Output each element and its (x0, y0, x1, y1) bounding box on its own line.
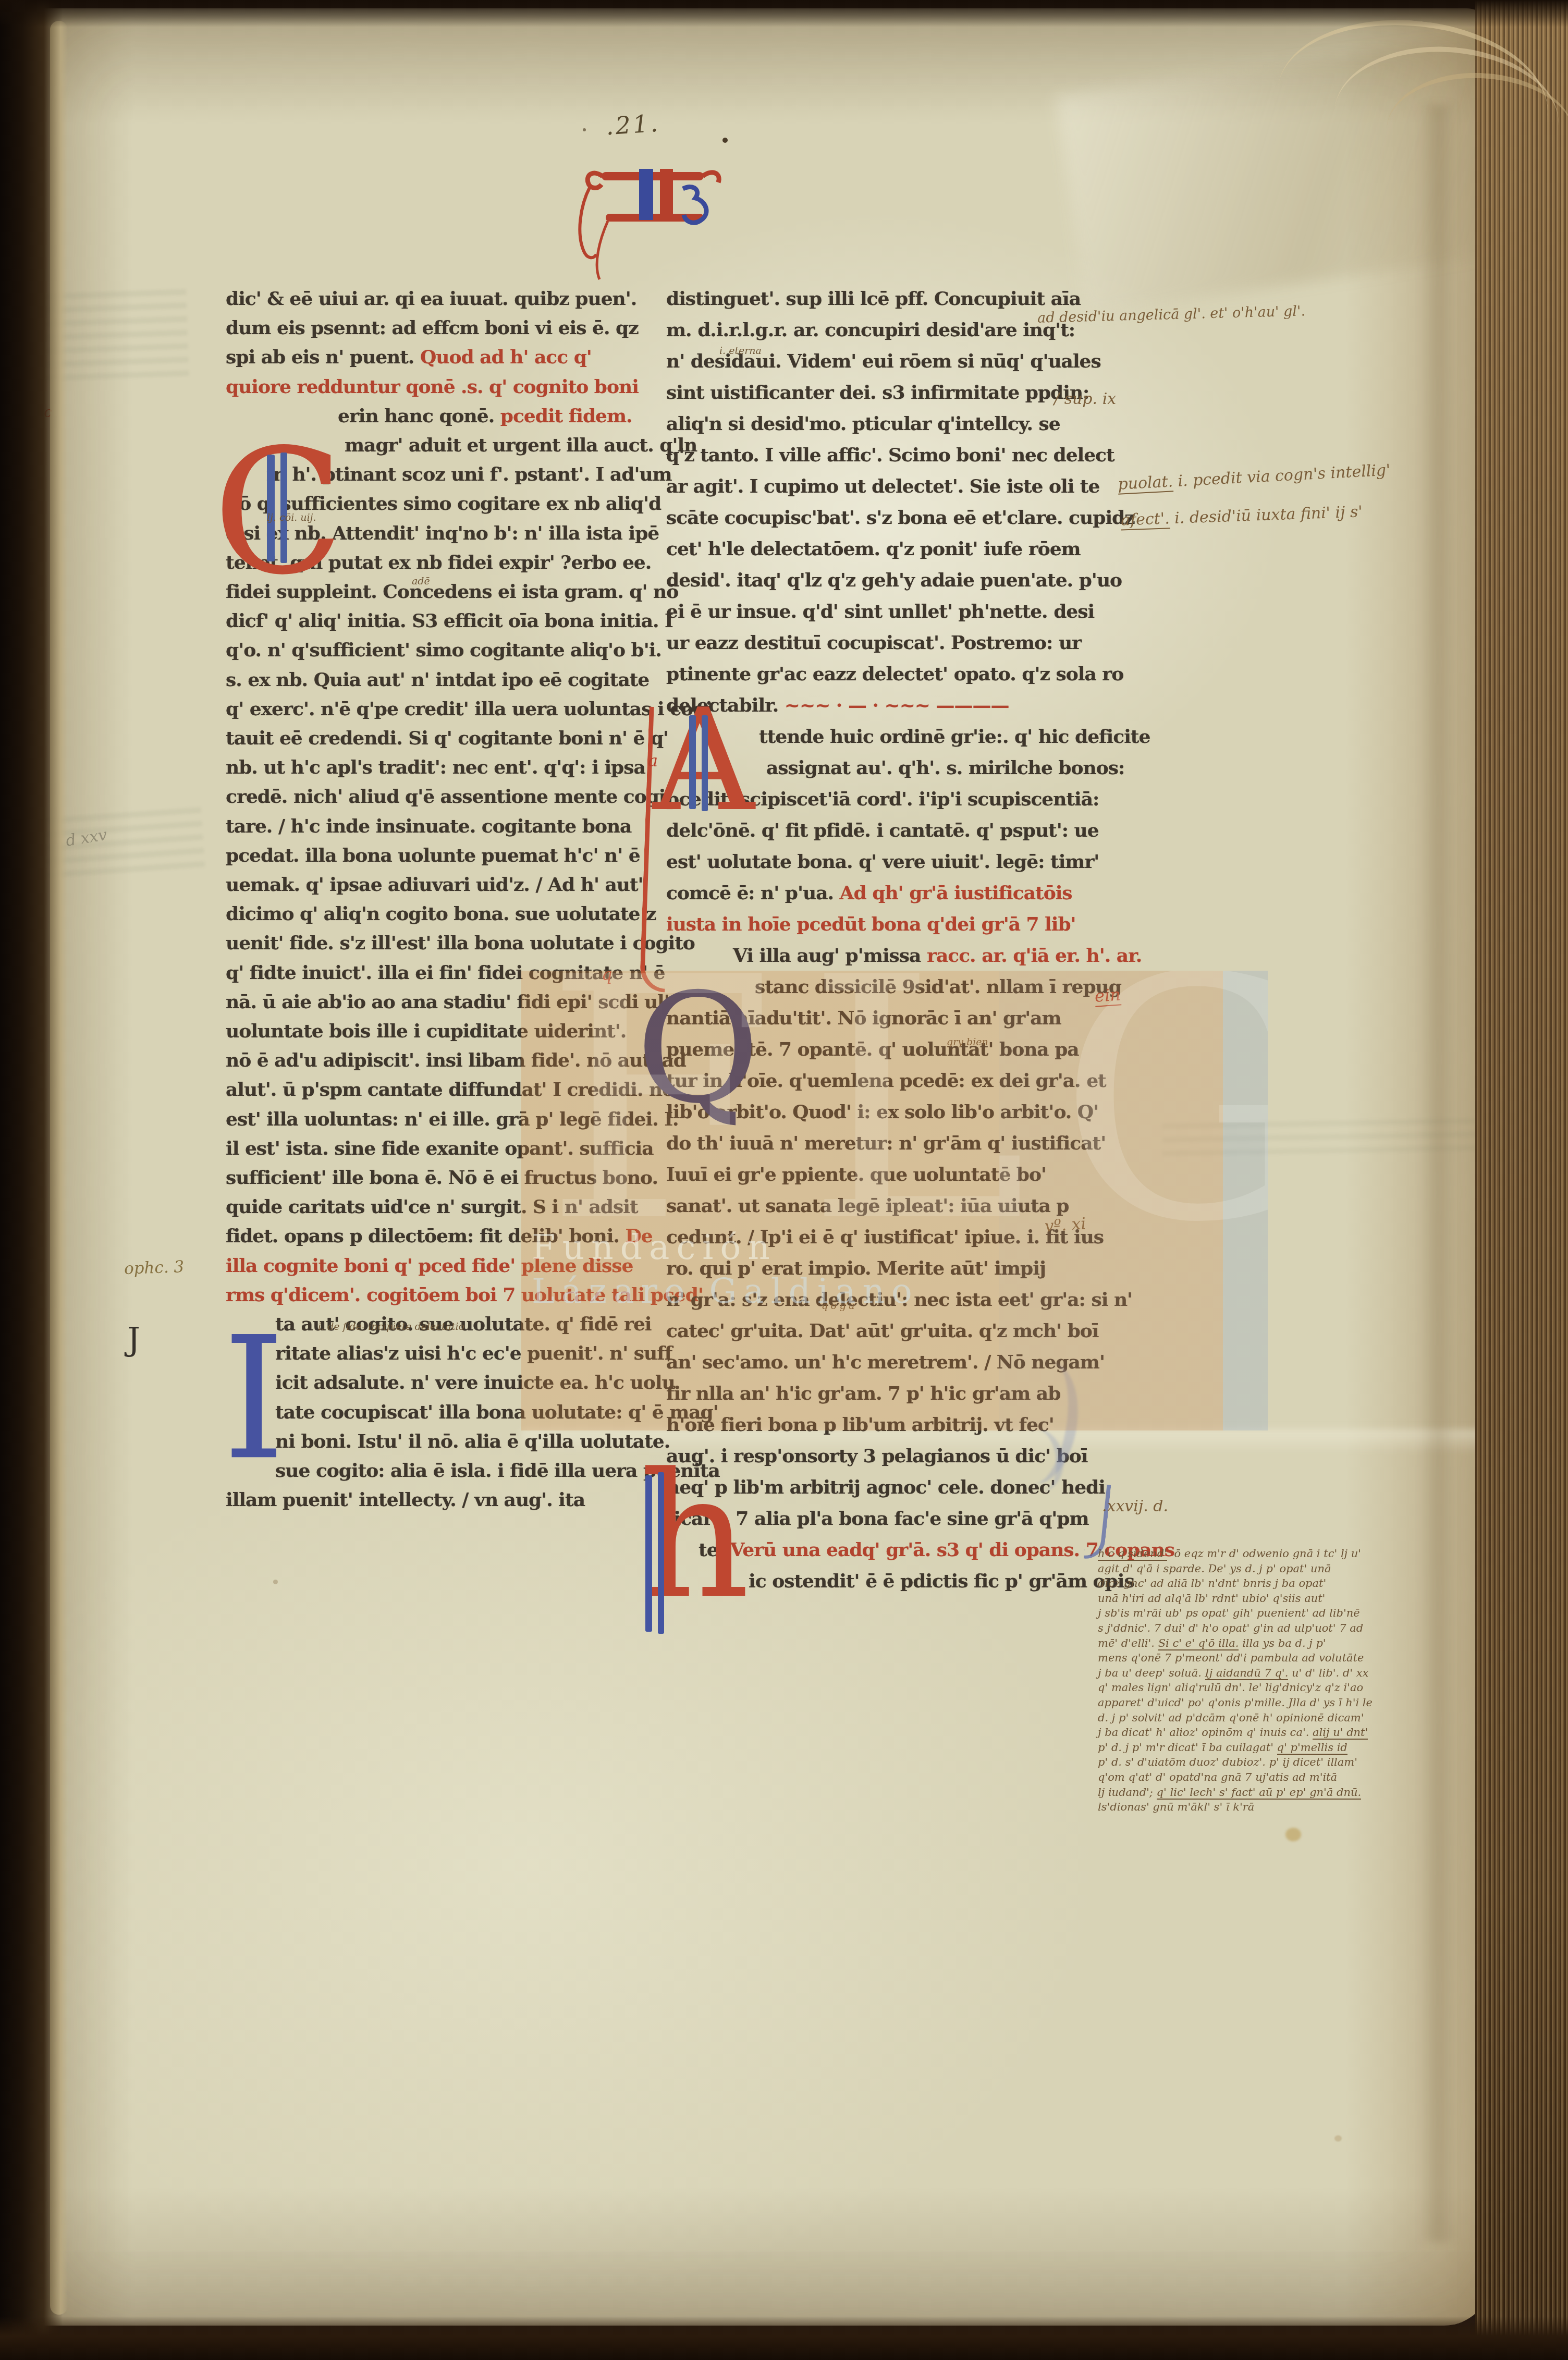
text-line: stanc dissicilē 9sid'at'. nllam ī repug (755, 976, 1121, 998)
text-segment: dicz gnc' ad aliā lb' n'dnt' bnris j ba … (1098, 1577, 1326, 1589)
text-segment: assignat au'. q'h'. s. mirilche bonos: (766, 757, 1124, 779)
text-line: magr' aduit et urgent illa auct. q'ln (345, 434, 697, 456)
text-segment: illa cognite boni q' pced fide' plene di… (226, 1255, 633, 1277)
text-line: unā h'iri ad alq'ā lb' rdnt' ubio' q'sii… (1098, 1592, 1325, 1605)
text-line: comcē ē: n' p'ua. Ad qh' gr'ā iustificat… (666, 882, 1072, 904)
text-line: catec' gr'uita. Dat' aūt' gr'uita. q'z m… (666, 1320, 1099, 1342)
text-line: dic' & eē uiui ar. qi ea iuuat. quibz pu… (226, 288, 636, 310)
text-segment: ro. qui p' erat impio. Merite aūt' impij (666, 1257, 1046, 1279)
text-line: est' uolutate bona. q' vere uiuit'. legē… (666, 851, 1099, 873)
initial-C-blue-bar (267, 455, 275, 561)
text-line: spi ab eis n' puent. Quod ad h' acc q' (226, 346, 592, 368)
text-segment: ls'dionas' gnū m'ākl' s' ī k'rā (1098, 1801, 1254, 1813)
text-line: ls'dionas' gnū m'ākl' s' ī k'rā (1098, 1801, 1254, 1813)
photo-bottom-shadow (0, 2316, 1568, 2360)
text-segment: ur eazz destituī cocupiscat'. Postremo: … (666, 632, 1081, 654)
text-segment: tare. / h'c inde insinuate. cogitante bo… (226, 815, 631, 837)
text-segment: q' p'mellis id (1277, 1741, 1347, 1755)
text-line: sint uistificanter dei. s3 infirmitate p… (666, 382, 1089, 403)
text-line: desid'. itaq' q'lz q'z geh'y adaie puen'… (666, 569, 1122, 591)
text-segment: illa ys ba d. j p' (1239, 1637, 1326, 1649)
stain (1334, 2135, 1342, 2142)
text-segment: j ba dicat' h' alioz' opinōm q' inuis ca… (1098, 1726, 1313, 1739)
text-segment: Ij aidandū 7 q'. (1205, 1667, 1289, 1680)
text-line: q' exerc'. n'ē q'pe credit' illa uera uo… (226, 698, 712, 720)
text-line: credē. nich' aliud q'ē assentione mente … (226, 786, 666, 808)
text-line: ur eazz destituī cocupiscat'. Postremo: … (666, 632, 1081, 654)
text-line: Vi illa aug' p'missa racc. ar. q'iā er. … (733, 945, 1142, 967)
interlinear-gloss: lj. cōi. uij. (267, 512, 316, 523)
text-segment: q'o. n' q'sufficient' simo cogitante ali… (226, 639, 661, 661)
ink-dot (722, 138, 728, 143)
text-line: rms q'dicem'. cogitōem boi 7 uolutate ta… (226, 1284, 703, 1306)
text-line: dicz gnc' ad aliā lb' n'dnt' bnris j ba … (1098, 1577, 1326, 1589)
text-segment: fidet. opans p dilectōem: fit delib' bon… (226, 1225, 626, 1247)
text-line: sufficient' ille bona ē. Nō ē ei fructus… (226, 1167, 658, 1189)
text-line: d. j p' solvit' ad p'dcām q'onē h' opini… (1098, 1711, 1364, 1724)
text-segment: alut'. ū p'spm cantate diffundat' I cred… (226, 1079, 674, 1100)
stain (1285, 1828, 1301, 1841)
text-segment: ni boni. Istu' il nō. alia ē q'illa uolu… (275, 1430, 670, 1452)
text-line: tate cocupiscat' illa bona uolutate: q' … (275, 1401, 718, 1423)
text-line: ei ē ur insue. q'd' sint unllet' ph'nett… (666, 601, 1094, 622)
text-line: sanat'. ut sanata legē ipleat': iūa uiut… (666, 1195, 1069, 1217)
text-line: distinguet'. sup illi lcē pff. Concupiui… (666, 288, 1081, 310)
text-line: nā. ū aie ab'io ao ana stadiu' fidi epi'… (226, 991, 669, 1013)
text-segment: s j'ddnic'. 7 dui' d' h'o opat' g'in ad … (1098, 1622, 1363, 1634)
text-segment: ō eqz m'r d' odwenio gnā i tc' lj u' (1167, 1547, 1361, 1560)
text-segment: u' d' lib'. d' xx (1288, 1667, 1368, 1679)
guide-letter-q: q (602, 964, 612, 984)
text-line: q' fidte inuict'. illa ei fin' fidei cog… (226, 962, 665, 984)
book-numeral-ornament (572, 156, 744, 308)
text-line: tare. / h'c inde insinuate. cogitante bo… (226, 815, 631, 837)
text-segment: catec' gr'uita. Dat' aūt' gr'uita. q'z m… (666, 1320, 1099, 1342)
text-segment: dic' & eē uiui ar. qi ea iuuat. quibz pu… (226, 288, 636, 310)
initial-I: I (223, 1315, 285, 1484)
text-segment: q' males lign' aliq'rulū dn'. le' lig'dn… (1098, 1681, 1363, 1694)
text-line: iusta in hoīe pcedūt bona q'dei gr'ā 7 l… (666, 913, 1076, 935)
margin-note-ophc-3: ophc. 3 (124, 1257, 184, 1278)
ink-dot (583, 128, 586, 131)
text-line: q'o. n' q'sufficient' simo cogitante ali… (226, 639, 661, 661)
text-segment: tate cocupiscat' illa bona uolutate: q' … (275, 1401, 718, 1423)
text-line: fidet. opans p dilectōem: fit delib' bon… (226, 1225, 653, 1247)
text-segment: unā h'iri ad alq'ā lb' rdnt' ubio' q'sii… (1098, 1592, 1325, 1605)
margin-note-ein: ein (1094, 984, 1121, 1007)
text-segment: aliq'n si desid'mo. pticular q'intellcy.… (666, 413, 1060, 435)
text-segment: ei ē ur insue. q'd' sint unllet' ph'nett… (666, 601, 1094, 622)
text-segment: h'oīe fieri bona p lib'um arbitrij. vt f… (666, 1414, 1054, 1436)
text-segment: q'om q'at' d' opatd'na gnā 7 uj'atis ad … (1098, 1771, 1337, 1783)
text-segment: nō ē ad'u adipiscit'. insi libam fide'. … (226, 1049, 686, 1071)
text-segment: n' gr'a: s'z ena delectiu': nec ista eet… (666, 1289, 1132, 1311)
text-line: alut'. ū p'spm cantate diffundat' I cred… (226, 1079, 674, 1100)
text-line: Iuuī ei gr'e ppiente. que uoluntatē bo' (666, 1164, 1046, 1185)
text-segment: j ba u' deep' soluā. (1098, 1667, 1205, 1679)
text-line: ic ostendit' ē ē pdictis fic p' gr'ām op… (749, 1570, 1134, 1592)
text-line: s j'ddnic'. 7 dui' d' h'o opat' g'in ad … (1098, 1622, 1363, 1634)
text-segment: Iuuī ei gr'e ppiente. que uoluntatē bo' (666, 1164, 1046, 1185)
text-segment: p' d. s' d'uiatōm duoz' dubioz'. p' ij d… (1098, 1756, 1357, 1768)
text-segment: apparet' d'uicd' po' q'onis p'mille. Jll… (1098, 1696, 1373, 1709)
text-line: aliq'n si desid'mo. pticular q'intellcy.… (666, 413, 1060, 435)
initial-A-blue-bar (689, 715, 696, 809)
text-segment: h'c q'sidend' (1098, 1547, 1167, 1561)
interlinear-gloss: q'ō g'ā (822, 1300, 855, 1312)
text-line: dicf' q' aliq' initia. S3 efficit oīa bo… (226, 610, 673, 632)
text-segment: magr' aduit et urgent illa auct. q'ln (345, 434, 697, 456)
text-line: p' d. j p' m'r dicat' ī ba cuilagat' q' … (1098, 1741, 1347, 1754)
text-segment: ttende huic ordinē gr'ie:. q' hic defici… (759, 726, 1150, 748)
text-segment: uenit' fide. s'z ill'est' illa bona uolu… (226, 932, 695, 954)
text-segment: distinguet'. sup illi lcē pff. Concupiui… (666, 288, 1081, 310)
text-segment: alij u' dnt' (1313, 1726, 1368, 1740)
interlinear-gloss: i. eterna (719, 345, 762, 357)
text-line: scāte cocupisc'bat'. s'z bona eē et'clar… (666, 507, 1135, 529)
text-line: p' d. s' d'uiatōm duoz' dubioz'. p' ij d… (1098, 1756, 1357, 1768)
text-segment: nb. ut h'c apl's tradit': nec ent'. q'q'… (226, 756, 645, 778)
text-segment: stanc dissicilē 9sid'at'. nllam ī repug (755, 976, 1121, 998)
text-line: fir nlla an' h'ic gr'am. 7 p' h'ic gr'am… (666, 1383, 1060, 1404)
photo-top-shadow (0, 0, 1568, 27)
gloss-heading: .xxvij. d. (1102, 1497, 1168, 1515)
text-segment: s' fact' aū p' ep' gn'ā dnū. (1216, 1786, 1361, 1800)
text-segment: nā. ū aie ab'io ao ana stadiu' fidi epi'… (226, 991, 669, 1013)
underlying-page-edge (50, 21, 68, 2315)
text-line: nō ē ad'u adipiscit'. insi libam fide'. … (226, 1049, 686, 1071)
text-line: tauit eē credendi. Si q' cogitante boni … (226, 727, 668, 749)
text-segment: desid'. itaq' q'lz q'z geh'y adaie puen'… (666, 569, 1122, 591)
text-segment: mē' d'elli'. (1098, 1637, 1158, 1649)
text-segment: quiore redduntur qonē .s. q' cognito bon… (226, 376, 639, 398)
text-line: q' males lign' aliq'rulū dn'. le' lig'dn… (1098, 1681, 1363, 1694)
text-line: quide caritats uid'ce n' surgit. S i n' … (226, 1196, 638, 1218)
margin-note-afectus-text: i. desid'iū iuxta fini' ij s' (1169, 503, 1363, 528)
text-line: n' gr'a: s'z ena delectiu': nec ista eet… (666, 1289, 1132, 1311)
text-segment: dicimo q' aliq'n cogito bona. sue uoluta… (226, 903, 656, 925)
margin-note-sup-ix: / sup. ix (1054, 390, 1116, 408)
text-line: lj iudand'; q' lic' lech' s' fact' aū p'… (1098, 1786, 1361, 1799)
text-segment: comcē ē: n' p'ua. (666, 882, 840, 904)
text-line: pcedat. illa bona uolunte puemat h'c' n'… (226, 845, 640, 866)
text-segment: est' illa uoluntas: n' ei ille. grā p' l… (226, 1108, 679, 1130)
text-segment: pcedat. illa bona uolunte puemat h'c' n'… (226, 845, 640, 866)
paragraph-mark-j: J (127, 1320, 140, 1358)
text-segment: q' lic' lech' (1157, 1786, 1216, 1800)
text-segment: agit d' q'ā i sparde. De' ys d. j p' opa… (1098, 1562, 1331, 1575)
text-line: dicimo q' aliq'n cogito bona. sue uoluta… (226, 903, 656, 925)
text-segment: racc. ar. q'iā er. h'. ar. (927, 945, 1142, 967)
initial-C-blue-bar (280, 453, 287, 563)
text-segment: s. ex nb. Quia aut' n' intdat ipo eē cog… (226, 669, 649, 691)
text-segment: Ad qh' gr'ā iustificatōis (840, 882, 1072, 904)
text-line: ni boni. Istu' il nō. alia ē q'illa uolu… (275, 1430, 670, 1452)
text-segment: mens q'onē 7 p'meont' dd'i pambula ad vo… (1098, 1652, 1364, 1664)
text-line: nb. ut h'c apl's tradit': nec ent'. q'q'… (226, 756, 645, 778)
text-line: q'om q'at' d' opatd'na gnā 7 uj'atis ad … (1098, 1771, 1337, 1783)
text-segment: fir nlla an' h'ic gr'am. 7 p' h'ic gr'am… (666, 1383, 1060, 1404)
initial-h: h (639, 1450, 750, 1622)
text-line: assignat au'. q'h'. s. mirilche bonos: (766, 757, 1124, 779)
text-line: cet' h'le delectatōem. q'z ponit' iufe r… (666, 538, 1081, 560)
text-segment: Vi illa aug' p'missa (733, 945, 927, 967)
text-segment: cet' h'le delectatōem. q'z ponit' iufe r… (666, 538, 1081, 560)
text-segment: ic ostendit' ē ē pdictis fic p' gr'ām op… (749, 1570, 1134, 1592)
text-segment: ar agit'. I cupimo ut delectet'. Sie ist… (666, 475, 1099, 497)
initial-A-blue-bar (702, 715, 708, 811)
interlinear-gloss: adē (412, 576, 430, 587)
text-segment: est' uolutate bona. q' vere uiuit'. legē… (666, 851, 1099, 873)
text-segment: iusta in hoīe pcedūt bona q'dei gr'ā 7 l… (666, 913, 1076, 935)
text-line: m. d.i.r.l.g.r. ar. concupiri desid'are … (666, 319, 1075, 341)
text-segment: rms q'dicem'. cogitōem boi 7 uolutate ta… (226, 1284, 703, 1306)
text-segment: sint uistificanter dei. s3 infirmitate p… (666, 382, 1089, 403)
text-segment: m. d.i.r.l.g.r. ar. concupiri desid'are … (666, 319, 1075, 341)
margin-note-afectus: afect'. i. desid'iū iuxta fini' ij s' (1100, 484, 1363, 548)
manuscript-photo: .21. dic' & eē uiui ar. qi ea iuuat. qui… (0, 0, 1568, 2360)
text-segment: ritate alias'z uisi h'c ec'e puenit'. n'… (275, 1342, 672, 1364)
text-segment: lj iudand'; (1098, 1786, 1157, 1799)
text-line: j ba dicat' h' alioz' opinōm q' inuis ca… (1098, 1726, 1368, 1739)
text-segment: q' exerc'. n'ē q'pe credit' illa uera uo… (226, 698, 712, 720)
stain (273, 1580, 278, 1584)
text-line: cedunt. / Ip'i ei ē q' iustificat' ipiue… (666, 1226, 1104, 1248)
gloss-block: h'c q'sidend' ō eqz m'r d' odwenio gnā i… (1098, 1547, 1442, 1829)
initial-h-blue-bar (658, 1472, 664, 1634)
text-segment: De (626, 1225, 653, 1247)
interlinear-gloss: gry bien (947, 1036, 988, 1048)
folio-number: .21. (605, 108, 660, 140)
text-line: il est' ista. sine fide exanite opant'. … (226, 1138, 654, 1159)
text-line: dum eis psennt: ad effcm boni vi eis ē. … (226, 317, 639, 339)
text-segment: d. j p' solvit' ad p'dcām q'onē h' opini… (1098, 1711, 1364, 1724)
text-line: mē' d'elli'. Si c' e' q'ō illa. illa ys … (1098, 1637, 1326, 1649)
text-segment: sufficient' ille bona ē. Nō ē ei fructus… (226, 1167, 658, 1189)
text-segment: sanat'. ut sanata legē ipleat': iūa uiut… (666, 1195, 1069, 1217)
text-segment: dum eis psennt: ad effcm boni vi eis ē. … (226, 317, 639, 339)
initial-h-blue-bar (645, 1475, 652, 1632)
text-line: illa cognite boni q' pced fide' plene di… (226, 1255, 633, 1277)
text-segment: Quod ad h' acc q' (420, 346, 592, 368)
text-segment: ~~~ · — · ~~~ ———— (785, 694, 1009, 716)
fore-edge-page-stack (1475, 0, 1568, 2360)
text-segment: tauit eē credendi. Si q' cogitante boni … (226, 727, 668, 749)
text-line: j sb'is m'rāi ub' ps opat' gih' puenient… (1098, 1607, 1360, 1619)
text-segment: Si c' e' q'ō illa. (1158, 1637, 1239, 1650)
text-segment: pcedit fidem. (500, 405, 632, 427)
text-line: ar agit'. I cupimo ut delectet'. Sie ist… (666, 475, 1099, 497)
text-segment: quide caritats uid'ce n' surgit. S i n' … (226, 1196, 638, 1218)
text-segment: j sb'is m'rāi ub' ps opat' gih' puenient… (1098, 1607, 1360, 1619)
text-line: h'oīe fieri bona p lib'um arbitrij. vt f… (666, 1414, 1054, 1436)
text-segment: cedunt. / Ip'i ei ē q' iustificat' ipiue… (666, 1226, 1104, 1248)
text-segment: credē. nich' aliud q'ē assentione mente … (226, 786, 666, 808)
text-line: uoluntate bois ille i cupiditate uiderin… (226, 1020, 626, 1042)
text-segment: dicf' q' aliq' initia. S3 efficit oīa bo… (226, 610, 673, 632)
text-segment: icit adsalute. n' vere inuicte ea. h'c u… (275, 1372, 675, 1393)
text-line: apparet' d'uicd' po' q'onis p'mille. Jll… (1098, 1696, 1373, 1709)
text-segment: p' d. j p' m'r dicat' ī ba cuilagat' (1098, 1741, 1277, 1754)
text-line: ro. qui p' erat impio. Merite aūt' impij (666, 1257, 1046, 1279)
text-line: h'c q'sidend' ō eqz m'r d' odwenio gnā i… (1098, 1547, 1361, 1560)
interlinear-gloss: i. de fide- incipiēte delectatio (318, 1321, 464, 1332)
text-line: est' illa uoluntas: n' ei ille. grā p' l… (226, 1108, 679, 1130)
text-segment: spi ab eis n' puent. (226, 346, 420, 368)
text-line: q'z tanto. I ville affic'. Scimo boni' n… (666, 444, 1114, 466)
text-line: quiore redduntur qonē .s. q' cognito bon… (226, 376, 639, 398)
text-line: agit d' q'ā i sparde. De' ys d. j p' opa… (1098, 1562, 1331, 1575)
text-segment: scāte cocupisc'bat'. s'z bona eē et'clar… (666, 507, 1135, 529)
showthrough-right-margin (1162, 1118, 1486, 1160)
margin-note-vo-xi: vº. xi (1044, 1214, 1087, 1236)
text-line: erin hanc qonē. pcedit fidem. (338, 405, 632, 427)
text-line: icit adsalute. n' vere inuicte ea. h'c u… (275, 1372, 675, 1393)
text-line: ritate alias'z uisi h'c ec'e puenit'. n'… (275, 1342, 672, 1364)
text-line: uemak. q' ipsae adiuvari uid'z. / Ad h' … (226, 874, 643, 896)
text-segment: uoluntate bois ille i cupiditate uiderin… (226, 1020, 626, 1042)
text-line: j ba u' deep' soluā. Ij aidandū 7 q'. u'… (1098, 1667, 1368, 1679)
text-segment: q' fidte inuict'. illa ei fin' fidei cog… (226, 962, 665, 984)
text-line: uenit' fide. s'z ill'est' illa bona uolu… (226, 932, 695, 954)
text-line: ttende huic ordinē gr'ie:. q' hic defici… (759, 726, 1150, 748)
text-segment: erin hanc qonē. (338, 405, 500, 427)
text-segment: q'z tanto. I ville affic'. Scimo boni' n… (666, 444, 1114, 466)
initial-Q: Q (636, 974, 760, 1125)
text-segment: il est' ista. sine fide exanite opant'. … (226, 1138, 654, 1159)
guide-letter-a: a (648, 751, 658, 771)
text-segment: uemak. q' ipsae adiuvari uid'z. / Ad h' … (226, 874, 643, 896)
text-line: mens q'onē 7 p'meont' dd'i pambula ad vo… (1098, 1652, 1364, 1664)
margin-note-afectus-lemma: afect'. (1121, 509, 1170, 530)
text-line: s. ex nb. Quia aut' n' intdat ipo eē cog… (226, 669, 649, 691)
